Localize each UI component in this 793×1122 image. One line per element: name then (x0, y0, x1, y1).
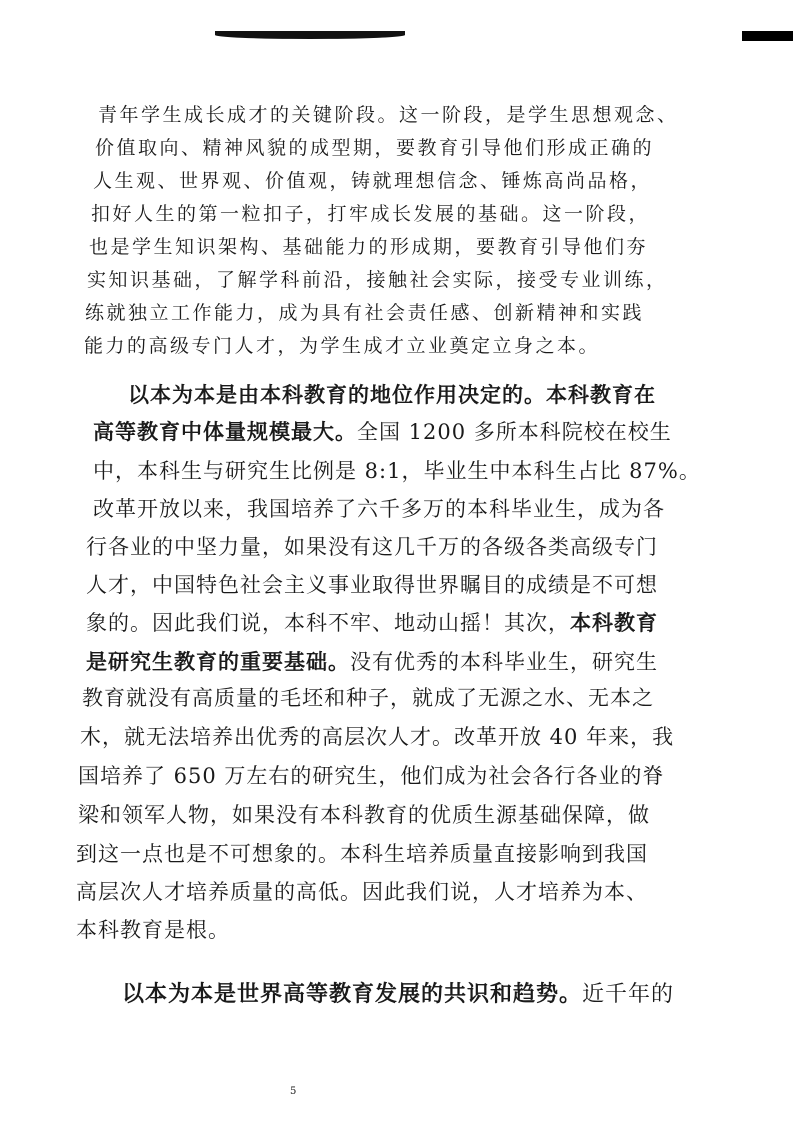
text-line: 中，本科生与研究生比例是 8:1，毕业生中本科生占比 87%。 (93, 455, 701, 485)
text-line: 实知识基础，了解学科前沿，接触社会实际，接受专业训练， (87, 265, 668, 292)
text-line: 高等教育中体量规模最大。全国 1200 多所本科院校在校生 (93, 416, 672, 446)
text-line: 改革开放以来，我国培养了六千多万的本科毕业生，成为各 (93, 493, 665, 523)
text-line: 象的。因此我们说，本科不牢、地动山摇！其次，本科教育 (86, 607, 658, 637)
text-line: 青年学生成长成才的关键阶段。这一阶段，是学生思想观念、 (98, 100, 679, 127)
text-line: 国培养了 650 万左右的研究生，他们成为社会各行各业的脊 (78, 760, 664, 790)
text-line: 价值取向、精神风貌的成型期，要教育引导他们形成正确的 (95, 133, 654, 160)
text-line: 也是学生知识架构、基础能力的形成期，要教育引导他们夯 (89, 232, 648, 259)
page-number: 5 (290, 1086, 296, 1097)
bold-text: 是研究生教育的重要基础。 (86, 649, 350, 674)
text-line: 行各业的中坚力量，如果没有这几千万的各级各类高级专门 (86, 531, 658, 561)
bold-text: 高等教育中体量规模最大。 (93, 419, 357, 444)
text-line: 以本为本是由本科教育的地位作用决定的。本科教育在 (128, 379, 656, 409)
text-line: 是研究生教育的重要基础。没有优秀的本科毕业生，研究生 (86, 646, 658, 676)
scan-top-mark (215, 31, 405, 39)
bold-heading: 以本为本是由本科教育的地位作用决定的。本科教育在 (128, 382, 656, 407)
text-line: 梁和领军人物，如果没有本科教育的优质生源基础保障，做 (78, 799, 650, 829)
text-span: 近千年的 (582, 982, 674, 1007)
text-line: 练就独立工作能力，成为具有社会责任感、创新精神和实践 (85, 298, 644, 325)
text-line: 以本为本是世界高等教育发展的共识和趋势。近千年的 (122, 977, 674, 1008)
scan-corner-mark (742, 31, 793, 41)
text-line: 教育就没有高质量的毛坯和种子，就成了无源之水、无本之 (82, 682, 654, 712)
bold-text: 本科教育 (570, 610, 658, 635)
text-span: 象的。因此我们说，本科不牢、地动山摇！其次， (86, 611, 570, 635)
text-line: 本科教育是根。 (76, 914, 230, 944)
text-span: 没有优秀的本科毕业生，研究生 (350, 650, 658, 674)
text-line: 扣好人生的第一粒扣子，打牢成长发展的基础。这一阶段， (91, 199, 650, 226)
text-span: 全国 1200 多所本科院校在校生 (357, 420, 672, 444)
text-line: 木，就无法培养出优秀的高层次人才。改革开放 40 年来，我 (80, 721, 674, 751)
text-line: 高层次人才培养质量的高低。因此我们说，人才培养为本、 (76, 876, 648, 906)
text-line: 人生观、世界观、价值观，铸就理想信念、锤炼高尚品格， (93, 166, 652, 193)
bold-heading: 以本为本是世界高等教育发展的共识和趋势。 (122, 981, 582, 1007)
text-line: 人才，中国特色社会主义事业取得世界瞩目的成绩是不可想 (86, 569, 658, 599)
text-line: 能力的高级专门人才，为学生成才立业奠定立身之本。 (84, 331, 600, 358)
text-line: 到这一点也是不可想象的。本科生培养质量直接影响到我国 (76, 838, 648, 868)
